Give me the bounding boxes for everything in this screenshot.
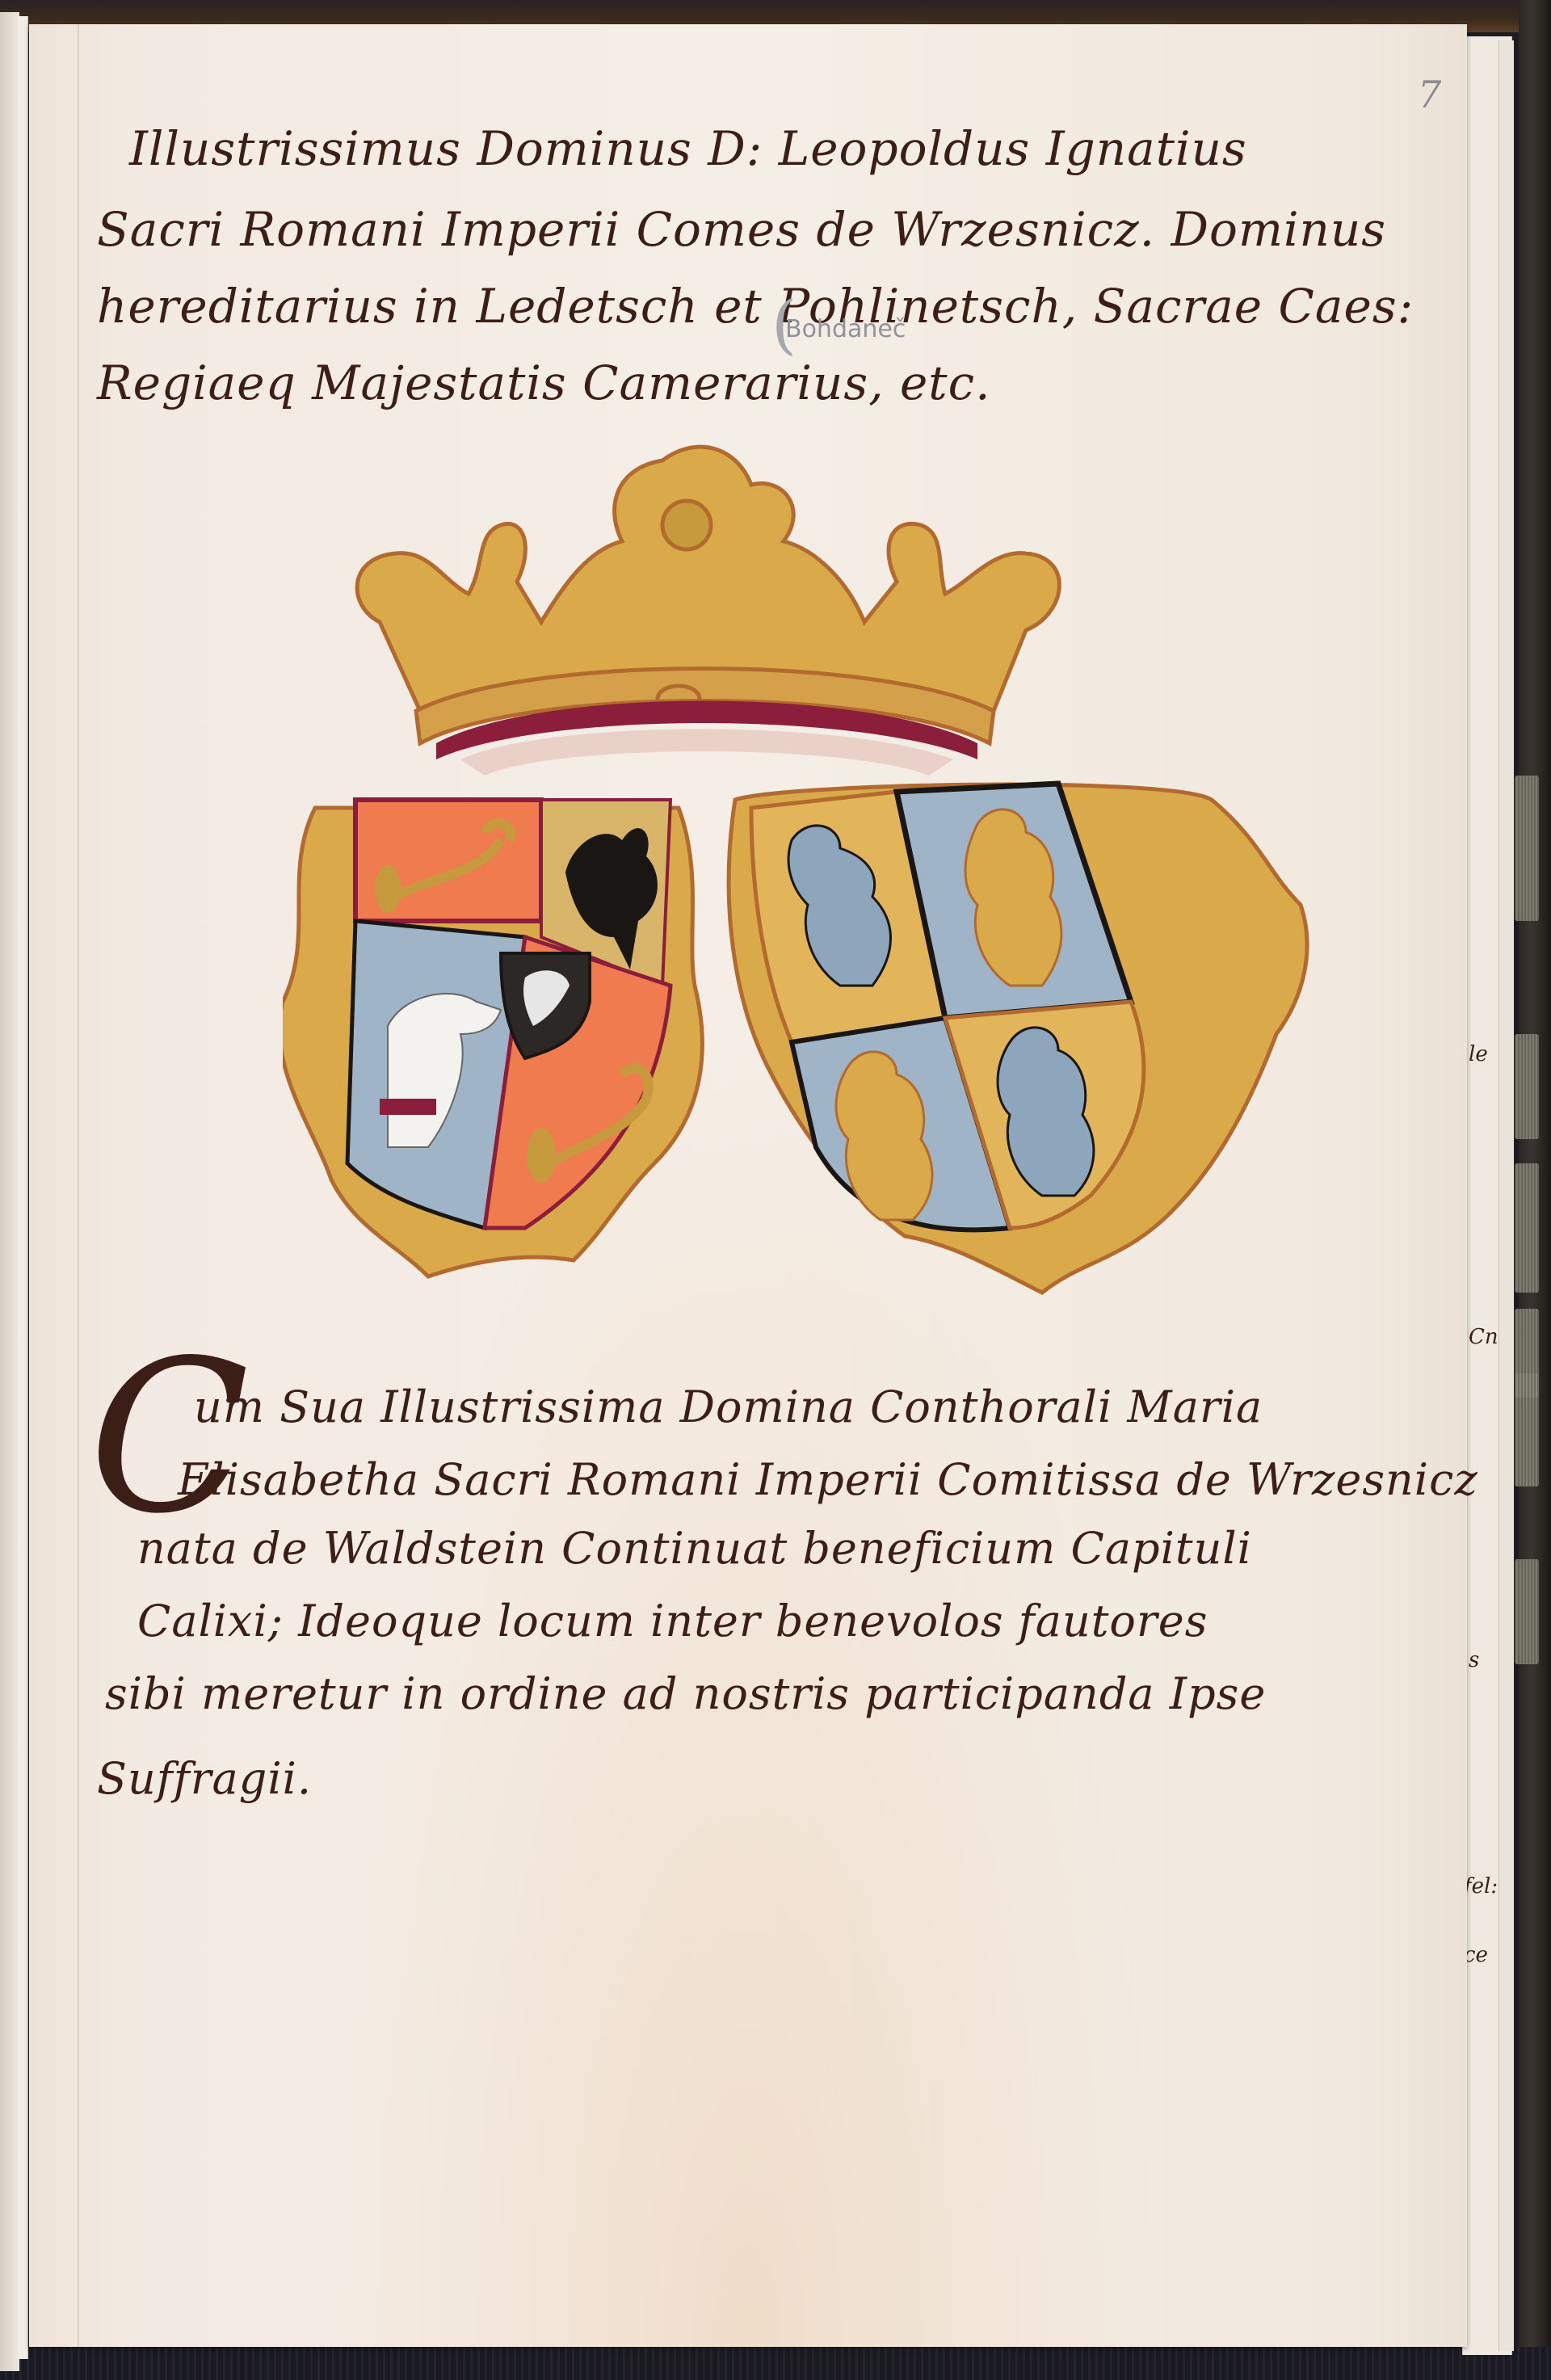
body-line: Calixi; Ideoque locum inter benevolos fa… bbox=[137, 1596, 1208, 1646]
margin-fragment: fel: bbox=[1464, 1874, 1498, 1899]
heading-line: Regiaeq Majestatis Camerarius, etc. bbox=[97, 355, 991, 410]
body-line: um Sua Illustrissima Domina Conthorali M… bbox=[194, 1381, 1263, 1432]
fabric-tab bbox=[1515, 776, 1539, 921]
body-line: Elisabetha Sacri Romani Imperii Comitiss… bbox=[178, 1454, 1478, 1505]
body-line: sibi meretur in ordine ad nostris partic… bbox=[105, 1668, 1266, 1719]
heading-line: hereditarius in Ledetsch et Pohlinetsch,… bbox=[97, 279, 1414, 334]
margin-fragment: le bbox=[1469, 1042, 1488, 1066]
heading-line: Illustrissimus Dominus D: Leopoldus Igna… bbox=[129, 121, 1247, 176]
margin-fragment: s bbox=[1469, 1648, 1479, 1672]
pencil-annotation: Bohdaneč bbox=[785, 315, 906, 343]
fabric-tab bbox=[1515, 1559, 1539, 1664]
fabric-tab bbox=[1515, 1163, 1539, 1293]
fabric-tab bbox=[1515, 1034, 1539, 1139]
body-line: nata de Waldstein Continuat beneficium C… bbox=[137, 1523, 1252, 1574]
heading-line: Sacri Romani Imperii Comes de Wrzesnicz.… bbox=[97, 202, 1386, 257]
coat-of-arms bbox=[283, 420, 1317, 1373]
left-page-edge-inner bbox=[18, 16, 28, 2359]
margin-fragment: ce bbox=[1464, 1943, 1488, 1967]
crown-icon bbox=[357, 447, 1059, 776]
page-number: 7 bbox=[1418, 73, 1441, 116]
left-page-edge bbox=[0, 12, 19, 2371]
margin-fragment: Cn bbox=[1469, 1325, 1498, 1349]
page-fold bbox=[78, 24, 79, 2347]
drop-initial: C bbox=[89, 1333, 250, 1543]
back-leaf-inner bbox=[1498, 40, 1514, 2351]
book-cover-bottom bbox=[0, 2347, 1551, 2380]
fabric-tab bbox=[1515, 1373, 1539, 1486]
body-line: Suffragii. bbox=[97, 1753, 312, 1804]
